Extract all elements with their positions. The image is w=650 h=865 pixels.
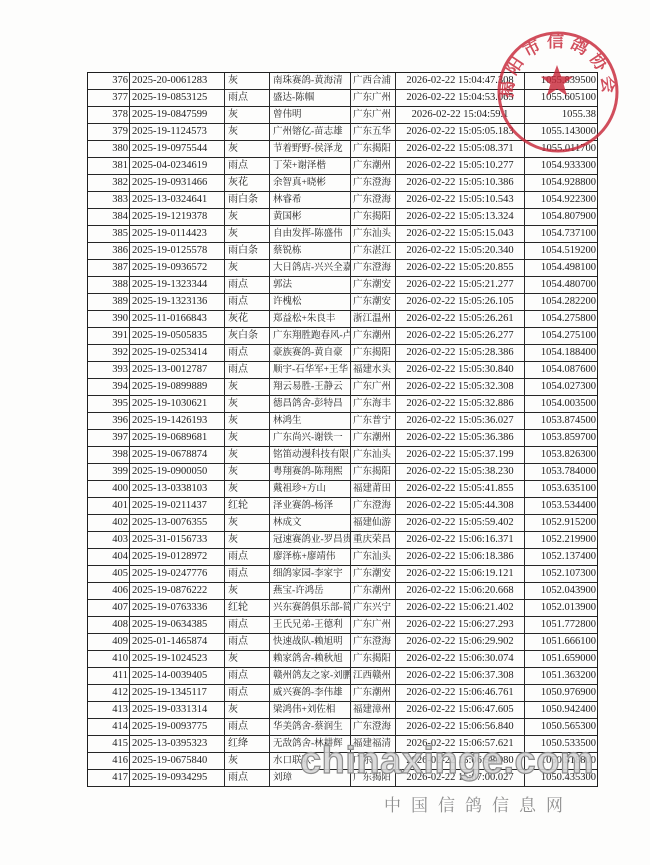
rank-cell: 407 bbox=[88, 600, 130, 616]
owner-name-cell: 廖泽栋+廖靖伟 bbox=[270, 549, 351, 565]
ring-number-cell: 2025-19-0093775 bbox=[130, 719, 225, 735]
feather-color-cell: 灰 bbox=[225, 141, 270, 157]
table-row: 3812025-04-0234619雨点丁荣+谢泽楷广东潮州2026-02-22… bbox=[88, 158, 597, 175]
ring-number-cell: 2025-19-0931466 bbox=[130, 175, 225, 191]
feather-color-cell: 雨白条 bbox=[225, 243, 270, 259]
feather-color-cell: 雨点 bbox=[225, 158, 270, 174]
ring-number-cell: 2025-19-0331314 bbox=[130, 702, 225, 718]
location-cell: 广东海丰 bbox=[351, 396, 396, 412]
arrival-time-cell: 2026-02-22 15:06:27.293 bbox=[396, 617, 525, 633]
location-cell: 广东五华 bbox=[351, 124, 396, 140]
speed-cell: 1054.922300 bbox=[525, 192, 597, 208]
table-row: 3982025-19-0678874灰铭笛动漫科技有限广东汕头2026-02-2… bbox=[88, 447, 597, 464]
owner-name-cell: 粤翔赛鸽-陈翔熙 bbox=[270, 464, 351, 480]
arrival-time-cell: 2026-02-22 15:05:15.043 bbox=[396, 226, 525, 242]
rank-cell: 376 bbox=[88, 73, 130, 89]
ring-number-cell: 2025-19-1345117 bbox=[130, 685, 225, 701]
arrival-time-cell: 2026-02-22 15:05:44.308 bbox=[396, 498, 525, 514]
feather-color-cell: 灰花 bbox=[225, 311, 270, 327]
owner-name-cell: 林成文 bbox=[270, 515, 351, 531]
speed-cell: 1052.219900 bbox=[525, 532, 597, 548]
location-cell: 福建漳州 bbox=[351, 702, 396, 718]
location-cell: 广东兴宁 bbox=[351, 600, 396, 616]
arrival-time-cell: 2026-02-22 15:05:08.371 bbox=[396, 141, 525, 157]
feather-color-cell: 灰 bbox=[225, 226, 270, 242]
arrival-time-cell: 2026-02-22 15:06:56.840 bbox=[396, 719, 525, 735]
feather-color-cell: 雨点 bbox=[225, 277, 270, 293]
table-row: 3832025-13-0324641雨白条林睿希广东澄海2026-02-22 1… bbox=[88, 192, 597, 209]
speed-cell: 1055.839500 bbox=[525, 73, 597, 89]
feather-color-cell: 灰 bbox=[225, 447, 270, 463]
speed-cell: 1050.976900 bbox=[525, 685, 597, 701]
rank-cell: 415 bbox=[88, 736, 130, 752]
speed-cell: 1052.137400 bbox=[525, 549, 597, 565]
ring-number-cell: 2025-19-0125578 bbox=[130, 243, 225, 259]
owner-name-cell: 盛达-陈帼 bbox=[270, 90, 351, 106]
table-row: 4122025-19-1345117雨点威兴赛鸽-李伟雄广东潮州2026-02-… bbox=[88, 685, 597, 702]
location-cell: 广东广州 bbox=[351, 379, 396, 395]
feather-color-cell: 雨点 bbox=[225, 362, 270, 378]
ring-number-cell: 2025-19-0899889 bbox=[130, 379, 225, 395]
speed-cell: 1054.003500 bbox=[525, 396, 597, 412]
table-row: 4002025-13-0338103灰戴祖珍+方山福建莆田2026-02-22 … bbox=[88, 481, 597, 498]
rank-cell: 378 bbox=[88, 107, 130, 123]
owner-name-cell: 刘璋 bbox=[270, 770, 351, 786]
location-cell: 广东潮州 bbox=[351, 328, 396, 344]
feather-color-cell: 灰 bbox=[225, 396, 270, 412]
rank-cell: 382 bbox=[88, 175, 130, 191]
ring-number-cell: 2025-19-0675840 bbox=[130, 753, 225, 769]
location-cell: 广东 bbox=[351, 753, 396, 769]
location-cell: 福建福清 bbox=[351, 736, 396, 752]
ring-number-cell: 2025-19-0934295 bbox=[130, 770, 225, 786]
arrival-time-cell: 2026-02-22 15:06:20.668 bbox=[396, 583, 525, 599]
feather-color-cell: 灰 bbox=[225, 464, 270, 480]
ring-number-cell: 2025-13-0324641 bbox=[130, 192, 225, 208]
speed-cell: 1054.480700 bbox=[525, 277, 597, 293]
table-row: 3952025-19-1030621灰德昌鸽舍-彭特昌广东海丰2026-02-2… bbox=[88, 396, 597, 413]
location-cell: 广东澄海 bbox=[351, 498, 396, 514]
rank-cell: 391 bbox=[88, 328, 130, 344]
location-cell: 广东揭阳 bbox=[351, 209, 396, 225]
location-cell: 广东揭阳 bbox=[351, 651, 396, 667]
ring-number-cell: 2025-19-0211437 bbox=[130, 498, 225, 514]
arrival-time-cell: 2026-02-22 15:04:53.065 bbox=[396, 90, 525, 106]
rank-cell: 412 bbox=[88, 685, 130, 701]
ring-number-cell: 2025-01-1465874 bbox=[130, 634, 225, 650]
arrival-time-cell: 2026-02-22 15:05:30.840 bbox=[396, 362, 525, 378]
table-row: 3782025-19-0847599灰曾伟明广东广州2026-02-22 15:… bbox=[88, 107, 597, 124]
ring-number-cell: 2025-19-0900050 bbox=[130, 464, 225, 480]
rank-cell: 397 bbox=[88, 430, 130, 446]
owner-name-cell: 郭法 bbox=[270, 277, 351, 293]
ring-number-cell: 2025-31-0156733 bbox=[130, 532, 225, 548]
arrival-time-cell: 2026-02-22 15:05:20.855 bbox=[396, 260, 525, 276]
ring-number-cell: 2025-19-0876222 bbox=[130, 583, 225, 599]
rank-cell: 385 bbox=[88, 226, 130, 242]
rank-cell: 408 bbox=[88, 617, 130, 633]
table-row: 4022025-13-0076355灰林成文福建仙游2026-02-22 15:… bbox=[88, 515, 597, 532]
arrival-time-cell: 2026-02-22 15:05:41.855 bbox=[396, 481, 525, 497]
owner-name-cell: 黄国彬 bbox=[270, 209, 351, 225]
speed-cell: 1054.188400 bbox=[525, 345, 597, 361]
owner-name-cell: 梁鸿伟+刘佐相 bbox=[270, 702, 351, 718]
ring-number-cell: 2025-19-0853125 bbox=[130, 90, 225, 106]
results-table: 3762025-20-0061283灰南珠赛鸽-黄海清广西合浦2026-02-2… bbox=[87, 72, 598, 787]
ring-number-cell: 2025-19-0253414 bbox=[130, 345, 225, 361]
location-cell: 广东澄海 bbox=[351, 634, 396, 650]
location-cell: 广东潮州 bbox=[351, 583, 396, 599]
rank-cell: 390 bbox=[88, 311, 130, 327]
location-cell: 重庆荣昌 bbox=[351, 532, 396, 548]
rank-cell: 399 bbox=[88, 464, 130, 480]
ring-number-cell: 2025-13-0012787 bbox=[130, 362, 225, 378]
location-cell: 广东普宁 bbox=[351, 413, 396, 429]
rank-cell: 389 bbox=[88, 294, 130, 310]
rank-cell: 414 bbox=[88, 719, 130, 735]
table-row: 4092025-01-1465874雨点快速战队-赖旭明广东澄海2026-02-… bbox=[88, 634, 597, 651]
ring-number-cell: 2025-11-0166843 bbox=[130, 311, 225, 327]
rank-cell: 381 bbox=[88, 158, 130, 174]
location-cell: 广东澄海 bbox=[351, 260, 396, 276]
speed-cell: 1051.772800 bbox=[525, 617, 597, 633]
ring-number-cell: 2025-19-1219378 bbox=[130, 209, 225, 225]
speed-cell: 1053.635100 bbox=[525, 481, 597, 497]
rank-cell: 392 bbox=[88, 345, 130, 361]
table-row: 4162025-19-0675840灰水口联队-广东2026-02-22 15:… bbox=[88, 753, 597, 770]
rank-cell: 395 bbox=[88, 396, 130, 412]
table-row: 4152025-13-0395323红绛无敌鸽舍-林耕辉福建福清2026-02-… bbox=[88, 736, 597, 753]
ring-number-cell: 2025-04-0234619 bbox=[130, 158, 225, 174]
ring-number-cell: 2025-13-0076355 bbox=[130, 515, 225, 531]
location-cell: 广东揭阳 bbox=[351, 141, 396, 157]
location-cell: 浙江温州 bbox=[351, 311, 396, 327]
feather-color-cell: 灰 bbox=[225, 532, 270, 548]
location-cell: 广西合浦 bbox=[351, 73, 396, 89]
speed-cell: 1051.659000 bbox=[525, 651, 597, 667]
arrival-time-cell: 2026-02-22 15:05:38.230 bbox=[396, 464, 525, 480]
ring-number-cell: 2025-19-1323136 bbox=[130, 294, 225, 310]
arrival-time-cell: 2026-02-22 15:06:21.402 bbox=[396, 600, 525, 616]
ring-number-cell: 2025-13-0395323 bbox=[130, 736, 225, 752]
feather-color-cell: 雨点 bbox=[225, 294, 270, 310]
feather-color-cell: 雨点 bbox=[225, 345, 270, 361]
rank-cell: 380 bbox=[88, 141, 130, 157]
rank-cell: 394 bbox=[88, 379, 130, 395]
rank-cell: 398 bbox=[88, 447, 130, 463]
speed-cell: 1050.518800 bbox=[525, 753, 597, 769]
owner-name-cell: 许槐松 bbox=[270, 294, 351, 310]
speed-cell: 1054.282200 bbox=[525, 294, 597, 310]
feather-color-cell: 灰 bbox=[225, 515, 270, 531]
owner-name-cell: 兴东赛鸽俱乐部-简 bbox=[270, 600, 351, 616]
speed-cell: 1053.874500 bbox=[525, 413, 597, 429]
arrival-time-cell: 2026-02-22 15:06:30.074 bbox=[396, 651, 525, 667]
owner-name-cell: 大日鸽店-兴兴全嘉 bbox=[270, 260, 351, 276]
owner-name-cell: 泽业赛鸽-杨泽 bbox=[270, 498, 351, 514]
location-cell: 广东广州 bbox=[351, 90, 396, 106]
arrival-time-cell: 2026-02-22 15:05:20.340 bbox=[396, 243, 525, 259]
table-row: 3972025-19-0689681灰广东尚兴-谢铁一广东潮州2026-02-2… bbox=[88, 430, 597, 447]
speed-cell: 1054.933300 bbox=[525, 158, 597, 174]
owner-name-cell: 翔云易胜-王静云 bbox=[270, 379, 351, 395]
speed-cell: 1055.38 bbox=[525, 107, 597, 123]
ring-number-cell: 2025-19-1030621 bbox=[130, 396, 225, 412]
arrival-time-cell: 2026-02-22 15:05:26.105 bbox=[396, 294, 525, 310]
feather-color-cell: 雨点 bbox=[225, 770, 270, 786]
location-cell: 福建莆田 bbox=[351, 481, 396, 497]
speed-cell: 1050.565300 bbox=[525, 719, 597, 735]
rank-cell: 387 bbox=[88, 260, 130, 276]
table-row: 3872025-19-0936572灰大日鸽店-兴兴全嘉广东澄海2026-02-… bbox=[88, 260, 597, 277]
feather-color-cell: 雨点 bbox=[225, 90, 270, 106]
location-cell: 福建仙游 bbox=[351, 515, 396, 531]
feather-color-cell: 灰 bbox=[225, 651, 270, 667]
table-row: 4172025-19-0934295雨点刘璋广东揭阳2026-02-22 15:… bbox=[88, 770, 597, 787]
speed-cell: 1052.043900 bbox=[525, 583, 597, 599]
ring-number-cell: 2025-20-0061283 bbox=[130, 73, 225, 89]
owner-name-cell: 戴祖珍+方山 bbox=[270, 481, 351, 497]
speed-cell: 1051.363200 bbox=[525, 668, 597, 684]
ring-number-cell: 2025-19-0975544 bbox=[130, 141, 225, 157]
feather-color-cell: 灰 bbox=[225, 583, 270, 599]
ring-number-cell: 2025-19-0763336 bbox=[130, 600, 225, 616]
feather-color-cell: 灰 bbox=[225, 430, 270, 446]
speed-cell: 1050.435300 bbox=[525, 770, 597, 786]
owner-name-cell: 无敌鸽舍-林耕辉 bbox=[270, 736, 351, 752]
location-cell: 广东潮安 bbox=[351, 294, 396, 310]
feather-color-cell: 雨点 bbox=[225, 634, 270, 650]
table-row: 4012025-19-0211437红轮泽业赛鸽-杨泽广东澄海2026-02-2… bbox=[88, 498, 597, 515]
arrival-time-cell: 2026-02-22 15:04:47.308 bbox=[396, 73, 525, 89]
rank-cell: 401 bbox=[88, 498, 130, 514]
speed-cell: 1054.807900 bbox=[525, 209, 597, 225]
owner-name-cell: 林鸿生 bbox=[270, 413, 351, 429]
feather-color-cell: 灰 bbox=[225, 209, 270, 225]
location-cell: 福建水头 bbox=[351, 362, 396, 378]
arrival-time-cell: 2026-02-22 15:06:16.371 bbox=[396, 532, 525, 548]
speed-cell: 1054.087600 bbox=[525, 362, 597, 378]
speed-cell: 1054.498100 bbox=[525, 260, 597, 276]
ring-number-cell: 2025-19-0847599 bbox=[130, 107, 225, 123]
speed-cell: 1054.928800 bbox=[525, 175, 597, 191]
owner-name-cell: 广州镕亿-苗志雄 bbox=[270, 124, 351, 140]
feather-color-cell: 雨白条 bbox=[225, 192, 270, 208]
owner-name-cell: 蔡锐栋 bbox=[270, 243, 351, 259]
arrival-time-cell: 2026-02-22 15:05:10.386 bbox=[396, 175, 525, 191]
owner-name-cell: 燕宝-许鸿岳 bbox=[270, 583, 351, 599]
owner-name-cell: 广东翔胜跑春风-卢 bbox=[270, 328, 351, 344]
arrival-time-cell: 2026-02-22 15:05:21.277 bbox=[396, 277, 525, 293]
speed-cell: 1055.011700 bbox=[525, 141, 597, 157]
owner-name-cell: 快速战队-赖旭明 bbox=[270, 634, 351, 650]
table-row: 3762025-20-0061283灰南珠赛鸽-黄海清广西合浦2026-02-2… bbox=[88, 73, 597, 90]
table-row: 4142025-19-0093775雨点华美鸽舍-蔡润生广东澄海2026-02-… bbox=[88, 719, 597, 736]
arrival-time-cell: 2026-02-22 15:05:32.886 bbox=[396, 396, 525, 412]
rank-cell: 406 bbox=[88, 583, 130, 599]
table-row: 3842025-19-1219378灰黄国彬广东揭阳2026-02-22 15:… bbox=[88, 209, 597, 226]
rank-cell: 400 bbox=[88, 481, 130, 497]
speed-cell: 1052.107300 bbox=[525, 566, 597, 582]
speed-cell: 1053.859700 bbox=[525, 430, 597, 446]
feather-color-cell: 雨点 bbox=[225, 549, 270, 565]
arrival-time-cell: 2026-02-22 15:06:58.080 bbox=[396, 753, 525, 769]
feather-color-cell: 雨点 bbox=[225, 685, 270, 701]
owner-name-cell: 冠速赛鸽业-罗昌贵 bbox=[270, 532, 351, 548]
location-cell: 广东澄海 bbox=[351, 192, 396, 208]
arrival-time-cell: 2026-02-22 15:06:19.121 bbox=[396, 566, 525, 582]
speed-cell: 1053.826300 bbox=[525, 447, 597, 463]
location-cell: 广东汕头 bbox=[351, 549, 396, 565]
feather-color-cell: 灰 bbox=[225, 481, 270, 497]
owner-name-cell: 华美鸽舍-蔡润生 bbox=[270, 719, 351, 735]
rank-cell: 388 bbox=[88, 277, 130, 293]
owner-name-cell: 赖家鸽舍-赖秋旭 bbox=[270, 651, 351, 667]
table-row: 3792025-19-1124573灰广州镕亿-苗志雄广东五华2026-02-2… bbox=[88, 124, 597, 141]
arrival-time-cell: 2026-02-22 15:05:13.324 bbox=[396, 209, 525, 225]
arrival-time-cell: 2026-02-22 15:05:32.308 bbox=[396, 379, 525, 395]
rank-cell: 377 bbox=[88, 90, 130, 106]
feather-color-cell: 灰 bbox=[225, 260, 270, 276]
rank-cell: 379 bbox=[88, 124, 130, 140]
speed-cell: 1052.915200 bbox=[525, 515, 597, 531]
arrival-time-cell: 2026-02-22 15:05:05.183 bbox=[396, 124, 525, 140]
table-row: 4042025-19-0128972雨点廖泽栋+廖靖伟广东汕头2026-02-2… bbox=[88, 549, 597, 566]
owner-name-cell: 威兴赛鸽-李伟雄 bbox=[270, 685, 351, 701]
ring-number-cell: 2025-19-1323344 bbox=[130, 277, 225, 293]
location-cell: 广东潮州 bbox=[351, 430, 396, 446]
owner-name-cell: 赣州鸽友之家-刘鹏 bbox=[270, 668, 351, 684]
location-cell: 广东潮安 bbox=[351, 277, 396, 293]
location-cell: 广东潮安 bbox=[351, 566, 396, 582]
owner-name-cell: 豪族赛鸽-黄自豪 bbox=[270, 345, 351, 361]
watermark-site-name: 中国信鸽信息网 bbox=[384, 791, 573, 816]
table-row: 3932025-13-0012787雨点顺宇-石华军+王华福建水头2026-02… bbox=[88, 362, 597, 379]
rank-cell: 410 bbox=[88, 651, 130, 667]
ring-number-cell: 2025-13-0338103 bbox=[130, 481, 225, 497]
ring-number-cell: 2025-19-1426193 bbox=[130, 413, 225, 429]
speed-cell: 1052.013900 bbox=[525, 600, 597, 616]
ring-number-cell: 2025-19-0689681 bbox=[130, 430, 225, 446]
speed-cell: 1051.666100 bbox=[525, 634, 597, 650]
ring-number-cell: 2025-19-0936572 bbox=[130, 260, 225, 276]
speed-cell: 1054.519200 bbox=[525, 243, 597, 259]
table-row: 4132025-19-0331314灰梁鸿伟+刘佐相福建漳州2026-02-22… bbox=[88, 702, 597, 719]
speed-cell: 1050.942400 bbox=[525, 702, 597, 718]
location-cell: 广东澄海 bbox=[351, 175, 396, 191]
arrival-time-cell: 2026-02-22 15:06:18.386 bbox=[396, 549, 525, 565]
feather-color-cell: 雨点 bbox=[225, 719, 270, 735]
arrival-time-cell: 2026-02-22 15:05:10.543 bbox=[396, 192, 525, 208]
feather-color-cell: 灰 bbox=[225, 753, 270, 769]
table-row: 3902025-11-0166843灰花郑益松+朱良丰浙江温州2026-02-2… bbox=[88, 311, 597, 328]
table-row: 4062025-19-0876222灰燕宝-许鸿岳广东潮州2026-02-22 … bbox=[88, 583, 597, 600]
feather-color-cell: 灰花 bbox=[225, 175, 270, 191]
feather-color-cell: 灰 bbox=[225, 702, 270, 718]
rank-cell: 393 bbox=[88, 362, 130, 378]
arrival-time-cell: 2026-02-22 15:05:28.386 bbox=[396, 345, 525, 361]
location-cell: 广东广州 bbox=[351, 107, 396, 123]
owner-name-cell: 丁荣+谢泽楷 bbox=[270, 158, 351, 174]
owner-name-cell: 郑益松+朱良丰 bbox=[270, 311, 351, 327]
ring-number-cell: 2025-19-1024523 bbox=[130, 651, 225, 667]
arrival-time-cell: 2026-02-22 15:05:26.277 bbox=[396, 328, 525, 344]
speed-cell: 1054.737100 bbox=[525, 226, 597, 242]
speed-cell: 1055.605100 bbox=[525, 90, 597, 106]
table-row: 4032025-31-0156733灰冠速赛鸽业-罗昌贵重庆荣昌2026-02-… bbox=[88, 532, 597, 549]
owner-name-cell: 水口联队- bbox=[270, 753, 351, 769]
arrival-time-cell: 2026-02-22 15:06:37.308 bbox=[396, 668, 525, 684]
owner-name-cell: 节着野野-侯泽龙 bbox=[270, 141, 351, 157]
arrival-time-cell: 2026-02-22 15:05:59.402 bbox=[396, 515, 525, 531]
feather-color-cell: 灰 bbox=[225, 73, 270, 89]
table-row: 3822025-19-0931466灰花余智真+晓彬广东澄海2026-02-22… bbox=[88, 175, 597, 192]
location-cell: 广东澄海 bbox=[351, 719, 396, 735]
rank-cell: 383 bbox=[88, 192, 130, 208]
table-row: 3962025-19-1426193灰林鸿生广东普宁2026-02-22 15:… bbox=[88, 413, 597, 430]
location-cell: 广东揭阳 bbox=[351, 770, 396, 786]
location-cell: 江西赣州 bbox=[351, 668, 396, 684]
feather-color-cell: 雨点 bbox=[225, 617, 270, 633]
ring-number-cell: 2025-19-0505835 bbox=[130, 328, 225, 344]
table-row: 3992025-19-0900050灰粤翔赛鸽-陈翔熙广东揭阳2026-02-2… bbox=[88, 464, 597, 481]
table-row: 3912025-19-0505835灰白条广东翔胜跑春风-卢广东潮州2026-0… bbox=[88, 328, 597, 345]
owner-name-cell: 曾伟明 bbox=[270, 107, 351, 123]
location-cell: 广东汕头 bbox=[351, 226, 396, 242]
table-row: 3772025-19-0853125雨点盛达-陈帼广东广州2026-02-22 … bbox=[88, 90, 597, 107]
owner-name-cell: 南珠赛鸽-黄海清 bbox=[270, 73, 351, 89]
arrival-time-cell: 2026-02-22 15:06:57.621 bbox=[396, 736, 525, 752]
table-row: 4082025-19-0634385雨点王氏兄弟-王德利广东广州2026-02-… bbox=[88, 617, 597, 634]
feather-color-cell: 红轮 bbox=[225, 600, 270, 616]
arrival-time-cell: 2026-02-22 15:05:36.386 bbox=[396, 430, 525, 446]
table-row: 4112025-14-0039405雨点赣州鸽友之家-刘鹏江西赣州2026-02… bbox=[88, 668, 597, 685]
feather-color-cell: 灰 bbox=[225, 413, 270, 429]
arrival-time-cell: 2026-02-22 15:04:59.1 bbox=[396, 107, 525, 123]
rank-cell: 402 bbox=[88, 515, 130, 531]
location-cell: 广东汕头 bbox=[351, 447, 396, 463]
arrival-time-cell: 2026-02-22 15:07:00.027 bbox=[396, 770, 525, 786]
ring-number-cell: 2025-19-0634385 bbox=[130, 617, 225, 633]
speed-cell: 1054.275100 bbox=[525, 328, 597, 344]
table-row: 4072025-19-0763336红轮兴东赛鸽俱乐部-简广东兴宁2026-02… bbox=[88, 600, 597, 617]
location-cell: 广东揭阳 bbox=[351, 345, 396, 361]
rank-cell: 396 bbox=[88, 413, 130, 429]
feather-color-cell: 雨点 bbox=[225, 566, 270, 582]
arrival-time-cell: 2026-02-22 15:05:10.277 bbox=[396, 158, 525, 174]
rank-cell: 413 bbox=[88, 702, 130, 718]
arrival-time-cell: 2026-02-22 15:05:37.199 bbox=[396, 447, 525, 463]
rank-cell: 386 bbox=[88, 243, 130, 259]
speed-cell: 1054.027300 bbox=[525, 379, 597, 395]
location-cell: 广东潮州 bbox=[351, 158, 396, 174]
table-row: 3882025-19-1323344雨点郭法广东潮安2026-02-22 15:… bbox=[88, 277, 597, 294]
ring-number-cell: 2025-19-0678874 bbox=[130, 447, 225, 463]
owner-name-cell: 广东尚兴-谢铁一 bbox=[270, 430, 351, 446]
feather-color-cell: 红轮 bbox=[225, 498, 270, 514]
location-cell: 广东潮州 bbox=[351, 685, 396, 701]
rank-cell: 411 bbox=[88, 668, 130, 684]
ring-number-cell: 2025-14-0039405 bbox=[130, 668, 225, 684]
rank-cell: 384 bbox=[88, 209, 130, 225]
owner-name-cell: 顺宇-石华军+王华 bbox=[270, 362, 351, 378]
owner-name-cell: 德昌鸽舍-彭特昌 bbox=[270, 396, 351, 412]
rank-cell: 404 bbox=[88, 549, 130, 565]
owner-name-cell: 余智真+晓彬 bbox=[270, 175, 351, 191]
arrival-time-cell: 2026-02-22 15:05:36.027 bbox=[396, 413, 525, 429]
table-row: 3942025-19-0899889灰翔云易胜-王静云广东广州2026-02-2… bbox=[88, 379, 597, 396]
feather-color-cell: 灰 bbox=[225, 107, 270, 123]
